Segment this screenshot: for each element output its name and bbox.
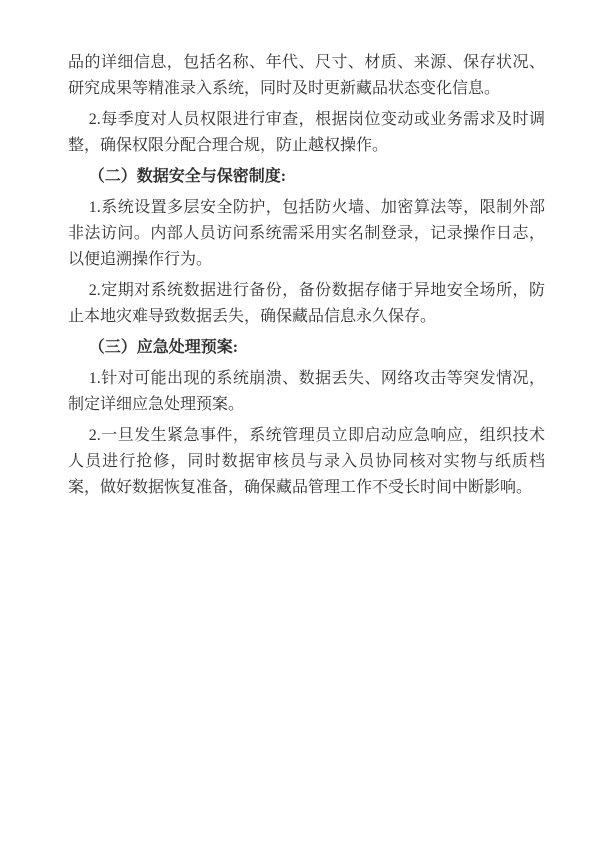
document-page: 品的详细信息，包括名称、年代、尺寸、材质、来源、保存状况、研究成果等精准录入系统… (0, 0, 606, 841)
section-heading: （三）应急处理预案: (68, 335, 545, 361)
paragraph: 1.针对可能出现的系统崩溃、数据丢失、网络攻击等突发情况，制定详细应急处理预案。 (68, 366, 545, 418)
paragraph: 2.定期对系统数据进行备份，备份数据存储于异地安全场所，防止本地灾难导致数据丢失… (68, 278, 545, 330)
section-heading: （二）数据安全与保密制度: (68, 164, 545, 190)
paragraph: 品的详细信息，包括名称、年代、尺寸、材质、来源、保存状况、研究成果等精准录入系统… (68, 50, 545, 102)
paragraph: 1.系统设置多层安全防护，包括防火墙、加密算法等，限制外部非法访问。内部人员访问… (68, 195, 545, 273)
paragraph: 2.每季度对人员权限进行审查，根据岗位变动或业务需求及时调整，确保权限分配合理合… (68, 107, 545, 159)
document-body: 品的详细信息，包括名称、年代、尺寸、材质、来源、保存状况、研究成果等精准录入系统… (68, 50, 545, 501)
paragraph: 2.一旦发生紧急事件，系统管理员立即启动应急响应，组织技术人员进行抢修，同时数据… (68, 423, 545, 501)
